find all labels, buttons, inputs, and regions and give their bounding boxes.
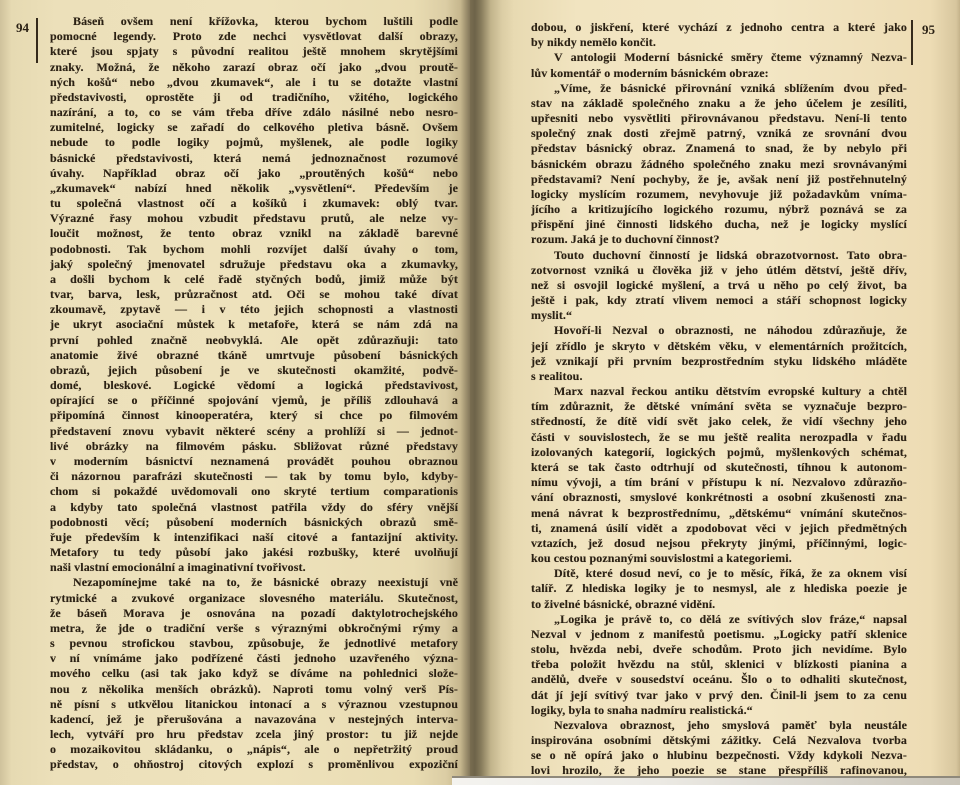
text-line: první pohled značně neobvyklá. Ale opět … — [50, 333, 458, 348]
text-line: nebude to podle logiky pojmů, myšlenek, … — [50, 135, 458, 150]
text-line: podobnosti. Tak bychom mohli rozvíjet da… — [50, 242, 458, 257]
text-line: ně písní s utkvělou litanickou intonací … — [50, 697, 458, 712]
text-line: andělů, dveře v sousedství oceánu. Šlo o… — [531, 672, 907, 687]
text-line: a kdyby tato společná vlastnost patřila … — [50, 500, 458, 515]
text-line: by nikdy nemělo končit. — [531, 35, 907, 50]
text-line: Výrazné řasy mohou vzbudit představu pru… — [50, 211, 458, 226]
text-line: společný znak dosti zřejmě patrný, vznik… — [531, 126, 907, 141]
text-line: upřesniti nebo vysvětliti přirovnávanou … — [531, 111, 907, 126]
text-line: Dítě, které dosud neví, co je to měsíc, … — [531, 566, 907, 581]
text-line: jaký společný jmenovatel sdružuje předst… — [50, 257, 458, 272]
text-line: představami? Není pochyby, že je, avšak … — [531, 172, 907, 187]
text-line: domé, bleskové. Logické vědomí a logická… — [50, 378, 458, 393]
book-spread: 94 95 Báseň ovšem není křížovka, kterou … — [0, 0, 960, 785]
text-line: tím zdůraznit, že dětské vnímání světa s… — [531, 399, 907, 414]
text-line: zumitelné, logicky se zařadí do celkovéh… — [50, 120, 458, 135]
text-line: nímu vývoji, a tím brání v přístupu k ní… — [531, 475, 907, 490]
text-line: s realitou. — [531, 369, 907, 384]
text-line: která se tak často odtrhují od skutečnos… — [531, 460, 907, 475]
text-line: že báseň Morava je osnována na pozadí da… — [50, 606, 458, 621]
text-line: myslit.“ — [531, 308, 907, 323]
book-gutter-shadow — [446, 0, 526, 785]
text-line: tvar, barva, lesk, průzračnost atd. Oči … — [50, 287, 458, 302]
text-line: v ní vnímáme jako podřízené části jednoh… — [50, 651, 458, 666]
text-line: tu společná vlastnost očí a košíků i zku… — [50, 196, 458, 211]
left-page-number-rule — [36, 18, 38, 63]
text-line: Báseň ovšem není křížovka, kterou bychom… — [50, 14, 458, 29]
text-line: mového celku (asi tak jako když se dívám… — [50, 666, 458, 681]
text-line: Touto duchovní činností je lidská obrazo… — [531, 248, 907, 263]
text-line: nazírání, a to, co se vám třeba dříve zd… — [50, 105, 458, 120]
text-line: či názornou parafrázi skutečnosti — tak … — [50, 469, 458, 484]
text-line: naši vlastní emocionální a imaginativní … — [50, 560, 458, 575]
text-line: vztazích, jež dosud nejsou překryty jiný… — [531, 536, 907, 551]
text-line: jež vznikají při prvním bezprostředním s… — [531, 354, 907, 369]
scanner-edge-strip — [452, 776, 960, 785]
right-page-number: 95 — [922, 22, 935, 37]
text-line: její zřídlo je skryto v dětském věku, v … — [531, 339, 907, 354]
text-line: přispění jiné činnosti lidského ducha, n… — [531, 217, 907, 232]
text-line: opírající se o příčinné spojování vjemů,… — [50, 393, 458, 408]
text-line: než si osvojil logické myšlení, a trvá u… — [531, 278, 907, 293]
text-line: metra, že jde o tradiční verše s výrazný… — [50, 621, 458, 636]
text-line: izolovaných kategorií, logických pojmů, … — [531, 445, 907, 460]
text-line: je ukryt asociační můstek k metafoře, kt… — [50, 317, 458, 332]
text-line: obrazů, jejich působení je ve skutečnost… — [50, 363, 458, 378]
text-line: to živelné básnické, obrazné vidění. — [531, 597, 907, 612]
text-line: V antologii Moderní básnické směry čteme… — [531, 50, 907, 65]
text-line: dobou, o jiskření, které vychází z jedno… — [531, 20, 907, 35]
text-line: lech, vytváří pro hru představ zcela jin… — [50, 727, 458, 742]
text-line: Nezval v jednom z manifestů poetismu. „L… — [531, 627, 907, 642]
text-line: představ básnický obraz. Znamená to snad… — [531, 141, 907, 156]
text-line: které jsou spjaty s původní realitou ješ… — [50, 44, 458, 59]
text-line: o mozaikovitou skládanku, o „nápis“, ale… — [50, 742, 458, 757]
text-line: stav na základě společného znaku a že je… — [531, 96, 907, 111]
text-line: představ, o ohňostroj citových explozí s… — [50, 757, 458, 772]
text-line: kadencí, jež je přerušována a navazována… — [50, 712, 458, 727]
text-line: úvahy. Například obraz očí jako „proutěn… — [50, 166, 458, 181]
text-line: loučit možnost, že tento obraz vznikl na… — [50, 226, 458, 241]
text-line: stolu, hvězda nebi, dveře schodům. Proto… — [531, 642, 907, 657]
text-line: Hovoří-li Nezval o obraznosti, ne náhodo… — [531, 323, 907, 338]
text-line: anatomie živé obrazné tkáně umrtvuje půs… — [50, 348, 458, 363]
text-line: „Víme, že básnické přirovnání vzniká sbl… — [531, 81, 907, 96]
text-line: zotvornost vzniká u člověka již v jeho ú… — [531, 263, 907, 278]
text-line: vání obraznosti, smyslové konkrétnosti a… — [531, 490, 907, 505]
text-line: Marx nazval řeckou antiku dětstvím evrop… — [531, 384, 907, 399]
text-line: zkoumavě, zpytavě — i v této jejich scho… — [50, 302, 458, 317]
text-line: nou z několika menších obrázků). Naproti… — [50, 682, 458, 697]
text-line: Nezvalova obraznost, jeho smyslová paměť… — [531, 718, 907, 733]
text-line: rozum. Jaká je to duchovní činnost? — [531, 232, 907, 247]
right-page-text: dobou, o jiskření, které vychází z jedno… — [531, 20, 907, 779]
text-line: středností, že dítě vidí svět jako celek… — [531, 414, 907, 429]
text-line: chom si pokaždé uvědomovali ono skryté t… — [50, 484, 458, 499]
text-line: „Logika je právě to, co dělá ze svítivýc… — [531, 612, 907, 627]
text-line: logicky myslícím rozumem, nevyhovuje již… — [531, 187, 907, 202]
text-line: části v souvislostech, že se mu ještě re… — [531, 430, 907, 445]
text-line: básnické představivosti, která nemá jedn… — [50, 151, 458, 166]
text-line: představivosti, oprostěte ji od tradiční… — [50, 90, 458, 105]
text-line: talíř. Z hlediska logiky je to nesmysl, … — [531, 581, 907, 596]
text-line: Nezapomínejme také na to, že básnické ob… — [50, 575, 458, 590]
text-line: znaky. Možná, že někoho zarazí obraz očí… — [50, 60, 458, 75]
text-line: ještě i pak, kdy ztratí vlivem nemoci a … — [531, 293, 907, 308]
text-line: mená návrat k bezprostřednímu, „dětskému… — [531, 506, 907, 521]
text-line: Metafory tu tedy působí jako jakési rozb… — [50, 545, 458, 560]
text-line: lův komentář o moderním básnickém obraze… — [531, 66, 907, 81]
text-line: podobnosti věcí; působení moderních básn… — [50, 515, 458, 530]
text-line: logiky, byla to snaha nadmíru realistick… — [531, 703, 907, 718]
text-line: v moderním básnictví neznamená provádět … — [50, 454, 458, 469]
left-page-number: 94 — [16, 20, 29, 35]
text-line: kou cestou poznanými souvislostmi a kate… — [531, 551, 907, 566]
text-line: se o ně opírá jako o hlubinu bezpečnosti… — [531, 748, 907, 763]
right-page-number-rule — [911, 20, 913, 65]
text-line: „zkumavek“ nabízí hned několik „vysvětle… — [50, 181, 458, 196]
text-line: básnickém obrazu žádného společného znak… — [531, 157, 907, 172]
text-line: připomíná činnost kinooperatéra, který s… — [50, 408, 458, 423]
text-line: jícího a kritizujícího logického rozumu,… — [531, 202, 907, 217]
left-page-text: Báseň ovšem není křížovka, kterou bychom… — [50, 14, 458, 773]
text-line: dát jí její svítivý tvar jako v prvý den… — [531, 688, 907, 703]
text-line: třeba položit hvězdu na stůl, sklenici v… — [531, 657, 907, 672]
text-line: inspirována osobními dětskými zážitky. C… — [531, 733, 907, 748]
text-line: ti, znamená úsilí vidět a zpodobovat věc… — [531, 521, 907, 536]
text-line: s pevnou strofickou stavbou, způsobuje, … — [50, 636, 458, 651]
text-line: a došli bychom k celé řadě styčných bodů… — [50, 272, 458, 287]
text-line: ných košů“ nebo „dvou zkumavek“, ale i t… — [50, 75, 458, 90]
text-line: řuje především k intenzifikaci naší cito… — [50, 530, 458, 545]
text-line: pomocné legendy. Proto zde nechci vysvět… — [50, 29, 458, 44]
text-line: představení znovu vybavit některé scény … — [50, 424, 458, 439]
text-line: livé obrázky na filmovém pásku. Sbližova… — [50, 439, 458, 454]
text-line: rytmické a zvukové organizace slovesného… — [50, 591, 458, 606]
